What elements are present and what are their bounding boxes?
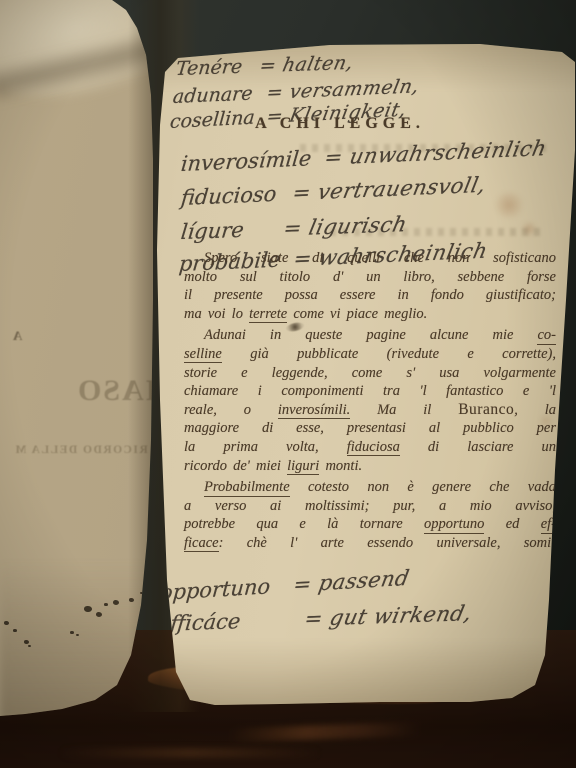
print-line: Spero siate di quelli che non sofistican… [184,249,556,268]
print-segment: cotesto non è genere che vada [290,479,556,495]
annotation-italian-word: adunare [172,82,254,108]
print-segment: a verso ai moltissimi; pur, a mio avviso… [184,498,556,514]
print-segment: Ma il [350,402,458,418]
print-line: molto sul titolo d' un libro, sebbene fo… [184,268,556,287]
print-line: potrebbe qua e là tornare opportuno ed e… [184,515,556,534]
foxing-stain [492,192,526,218]
print-segment: ricordo de' miei [184,458,287,474]
print-segment: la prima volta, [184,439,347,455]
print-segment: inverosímili. [278,402,350,420]
print-segment: liguri [287,458,319,476]
print-line: reale, o inverosímili. Ma il Buranco, la [184,401,556,420]
print-line: ma voi lo terrete come vi piace meglio. [184,305,556,324]
print-segment: maggiore di esse, presentasi al pubblico… [184,420,556,436]
print-line: ficace: chè l' arte essendo universale, … [184,534,556,553]
paragraph: Spero siate di quelli che non sofistican… [184,249,556,323]
print-segment: selline [184,346,222,364]
print-line: selline già pubblicate (rivedute e corre… [184,345,556,364]
print-segment: Spero siate di quelli che non sofistican… [204,250,556,266]
print-segment: , la [514,402,556,418]
print-line: a verso ai moltissimi; pur, a mio avviso… [184,497,556,516]
ink-spatter-dot [24,640,29,644]
print-segment: il presente possa essere in fondo giusti… [184,287,556,303]
print-segment: reale, o [184,402,278,418]
print-segment: Buranco [458,401,514,418]
print-segment: co- [537,327,556,345]
print-segment: opportuno [424,516,484,534]
print-segment: chiamare i componimenti tra 'l fantastic… [184,383,556,399]
annotation-italian-word: Tenére [175,56,244,80]
book-photo-scene: A TOMMASO RICORDO DELLA M Tenére = halte… [0,0,576,768]
print-line: Adunai in queste pagine alcune mie co- [184,326,556,345]
print-segment: fiduciosa [347,439,400,457]
print-segment: terrete [249,306,287,324]
print-segment: ma voi lo [184,306,249,322]
paragraph: Probabilmente cotesto non è genere che v… [184,478,556,552]
printed-text: Spero siate di quelli che non sofistican… [184,249,556,556]
print-segment: di lasciare un [400,439,556,455]
print-segment: ef- [541,516,556,534]
wood-grain [60,748,320,758]
print-line: storie e leggende, come s' usa volgarmen… [184,364,556,383]
print-line: chiamare i componimenti tra 'l fantastic… [184,382,556,401]
annotation-german-translation: = ligurisch [281,212,409,240]
showthrough-letter: A [13,328,22,344]
print-line: ricordo de' miei liguri monti. [184,457,556,476]
print-segment: storie e leggende, come s' usa volgarmen… [184,365,556,381]
ink-spatter-dot [113,600,119,605]
annotation-italian-word: lígure [180,218,245,244]
print-segment: potrebbe qua e là tornare [184,516,424,532]
print-line: Probabilmente cotesto non è genere che v… [184,478,556,497]
chapter-heading: A CHI LEGGE. [150,115,530,133]
print-segment: molto sul titolo d' un libro, sebbene fo… [184,269,556,285]
ink-spatter-dot [4,621,9,625]
annotation-german-translation: = halten, [258,52,356,77]
print-segment: Probabilmente [204,479,290,497]
paragraph: Adunai in queste pagine alcune mie co-se… [184,326,556,475]
print-segment: ficace [184,535,219,553]
ink-spatter-dot [96,612,102,617]
print-segment: già pubblicate (rivedute e corrette), [222,346,556,362]
print-segment: Adunai in queste pagine alcune mie [204,327,537,343]
print-segment: ed [484,516,540,532]
annotation-italian-word: fiducioso [180,182,278,210]
print-segment: : chè l' arte essendo universale, somi- [219,535,556,551]
print-segment: monti. [319,458,362,474]
print-segment: come vi piace meglio. [287,306,427,322]
print-line: il presente possa essere in fondo giusti… [184,286,556,305]
print-line: la prima volta, fiduciosa di lasciare un [184,438,556,457]
print-line: maggiore di esse, presentasi al pubblico… [184,419,556,438]
